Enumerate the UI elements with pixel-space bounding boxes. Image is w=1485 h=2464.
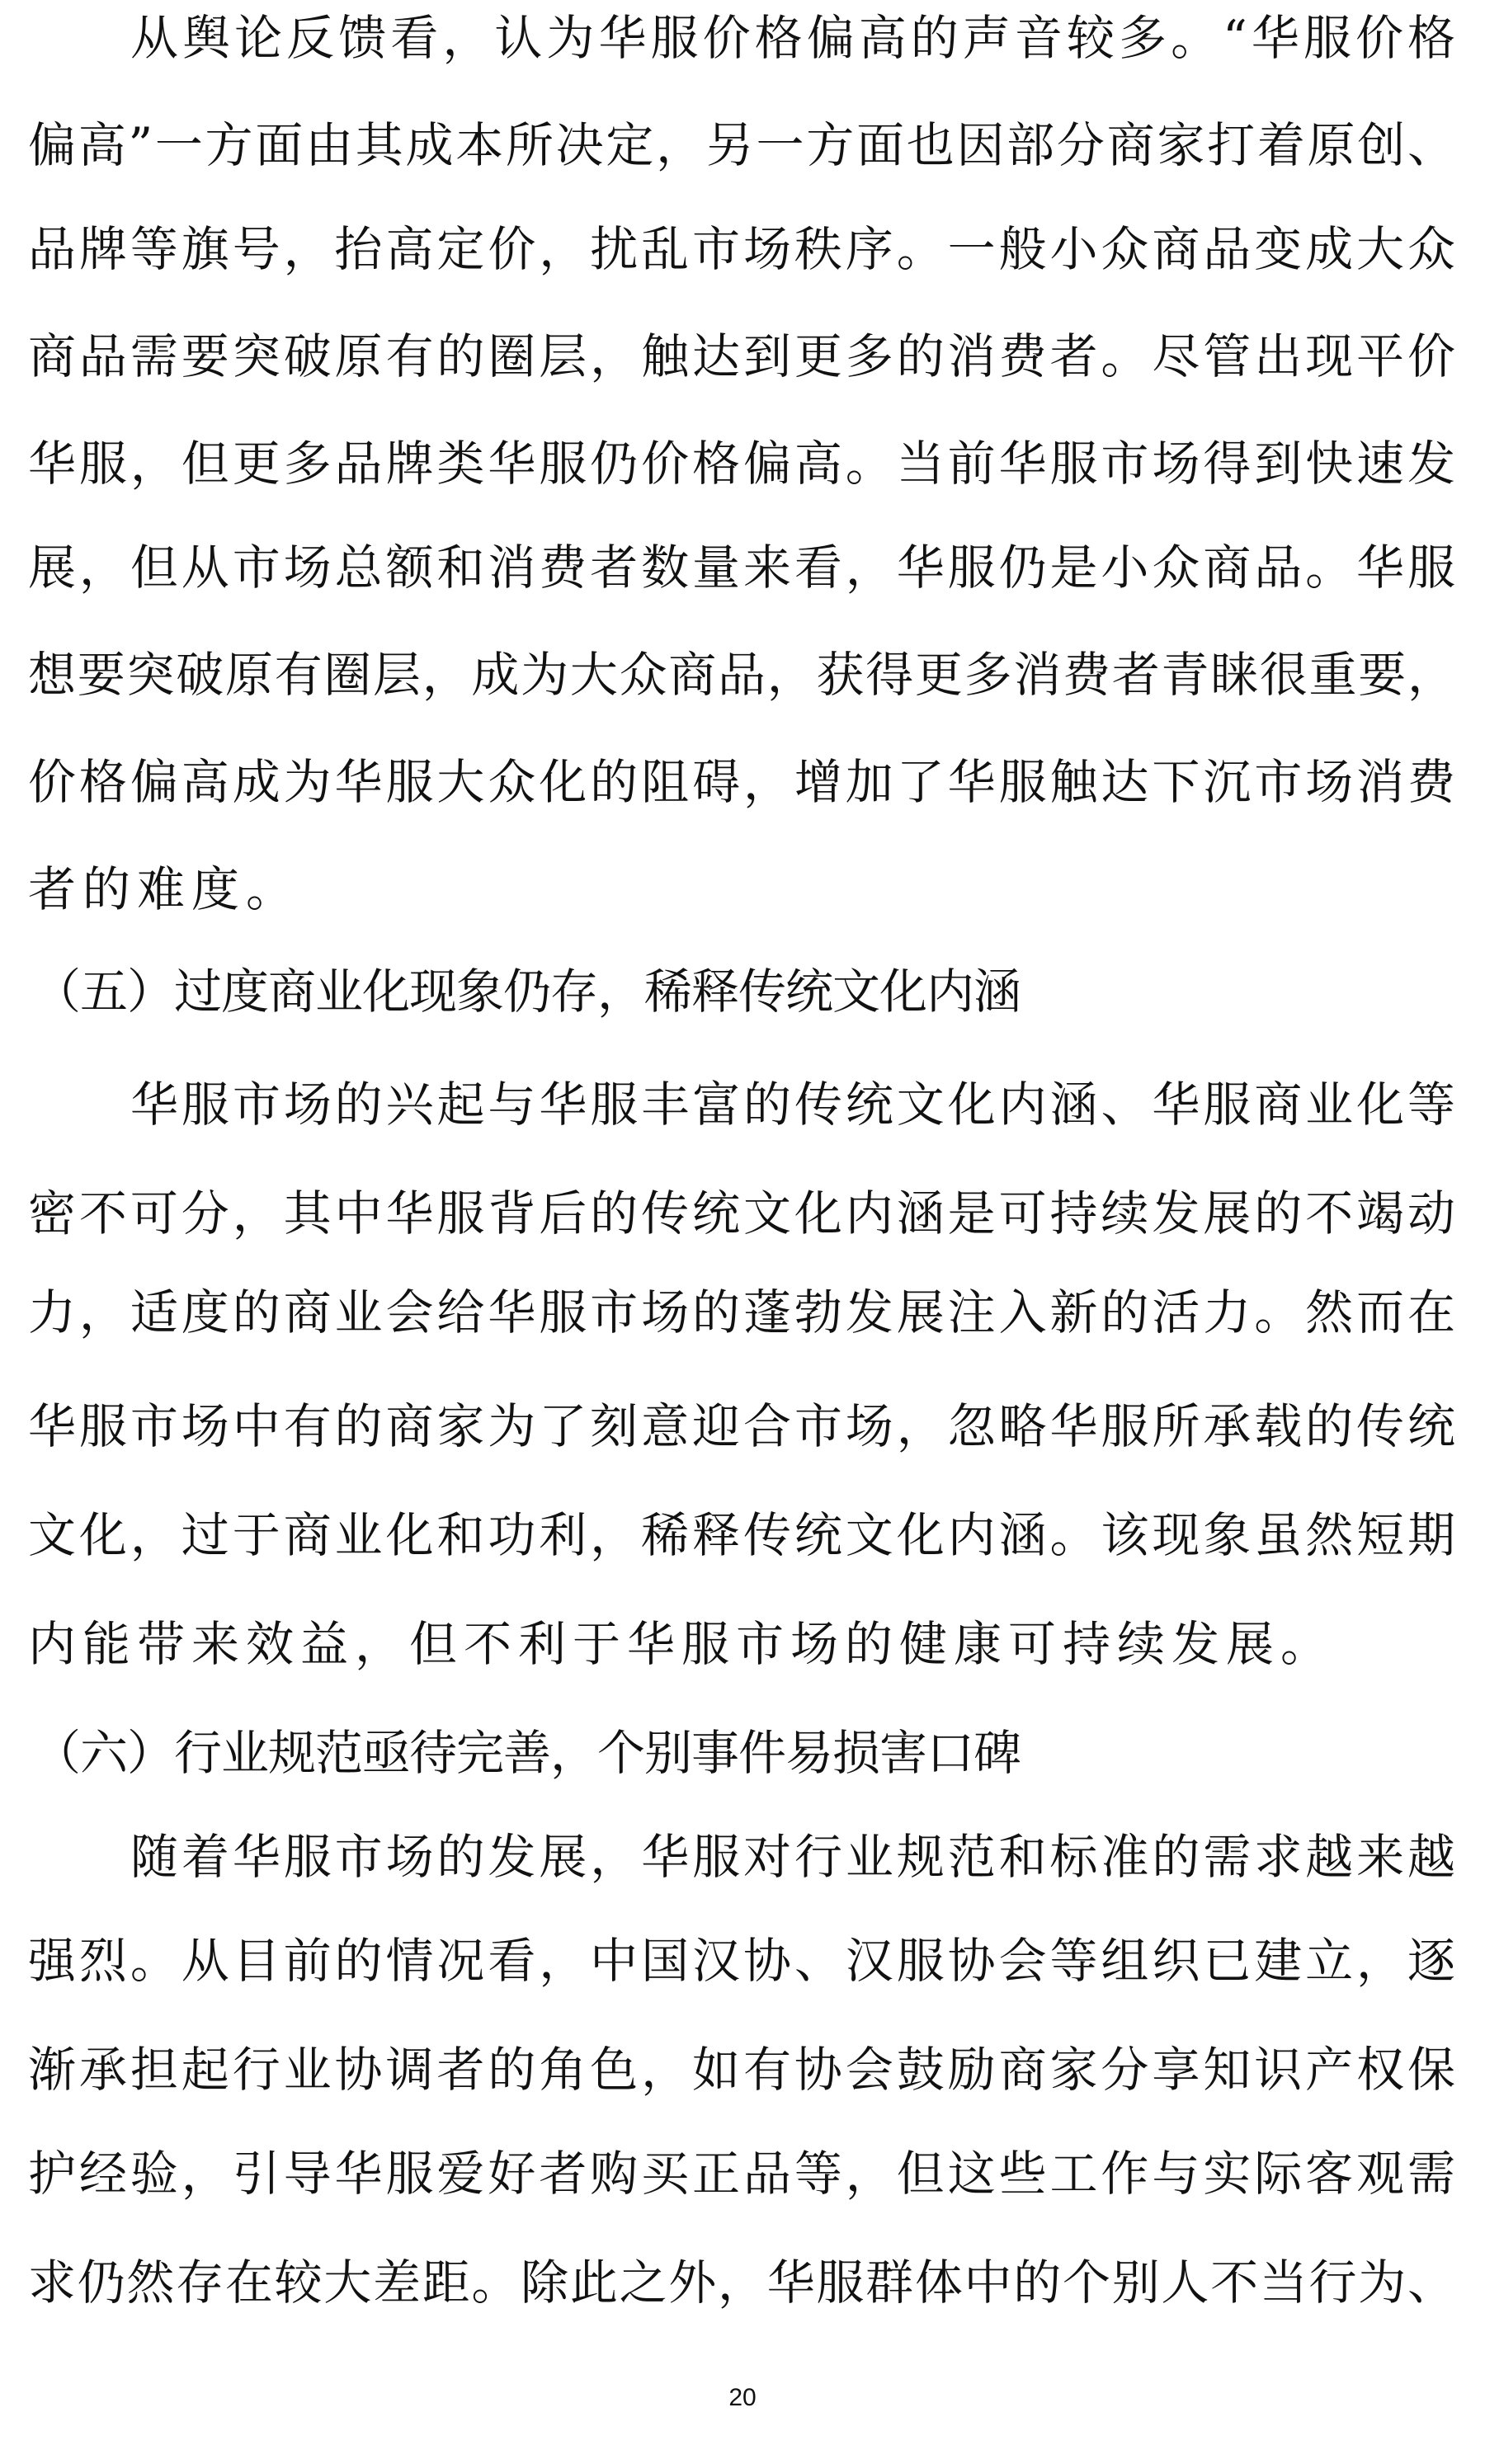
paragraph-line: 品牌等旗号，抬高定价，扰乱市场秩序。一般小众商品变成大众 [28,216,1455,282]
paragraph-line: 展，但从市场总额和消费者数量来看，华服仍是小众商品。华服 [28,535,1455,601]
paragraph-line: 求仍然存在较大差距。除此之外，华服群体中的个别人不当行为、 [28,2250,1455,2316]
paragraph-line: 者的难度。 [28,856,1455,922]
section-heading: （五）过度商业化现象仍存，稀释传统文化内涵 [33,959,1021,1025]
paragraph-line: 力，适度的商业会给华服市场的蓬勃发展注入新的活力。然而在 [28,1279,1455,1345]
paragraph-line: 强烈。从目前的情况看，中国汉协、汉服协会等组织已建立，逐 [28,1928,1455,1994]
page-number: 20 [0,2384,1485,2412]
paragraph-line: 护经验，引导华服爱好者购买正品等，但这些工作与实际客观需 [28,2141,1455,2207]
document-page: 从舆论反馈看，认为华服价格偏高的声音较多。“华服价格 偏高”一方面由其成本所决定… [0,0,1485,2464]
paragraph-line: 偏高”一方面由其成本所决定，另一方面也因部分商家打着原创、 [28,112,1455,178]
paragraph-line: 文化，过于商业化和功利，稀释传统文化内涵。该现象虽然短期 [28,1502,1455,1568]
paragraph-line: 随着华服市场的发展，华服对行业规范和标准的需求越来越 [130,1824,1455,1890]
paragraph-line: 华服市场中有的商家为了刻意迎合市场，忽略华服所承载的传统 [28,1393,1455,1459]
section-heading: （六）行业规范亟待完善，个别事件易损害口碑 [33,1720,1021,1786]
paragraph-line: 渐承担起行业协调者的角色，如有协会鼓励商家分享知识产权保 [28,2037,1455,2103]
paragraph-line: 想要突破原有圈层，成为大众商品，获得更多消费者青睐很重要， [28,642,1455,708]
paragraph-line: 从舆论反馈看，认为华服价格偏高的声音较多。“华服价格 [130,5,1455,71]
paragraph-line: 华服市场的兴起与华服丰富的传统文化内涵、华服商业化等 [130,1072,1455,1138]
paragraph-line: 内能带来效益，但不利于华服市场的健康可持续发展。 [28,1611,1455,1677]
paragraph-line: 华服，但更多品牌类华服仍价格偏高。当前华服市场得到快速发 [28,431,1455,497]
paragraph-line: 商品需要突破原有的圈层，触达到更多的消费者。尽管出现平价 [28,323,1455,389]
paragraph-line: 密不可分，其中华服背后的传统文化内涵是可持续发展的不竭动 [28,1180,1455,1246]
paragraph-line: 价格偏高成为华服大众化的阻碍，增加了华服触达下沉市场消费 [28,749,1455,815]
